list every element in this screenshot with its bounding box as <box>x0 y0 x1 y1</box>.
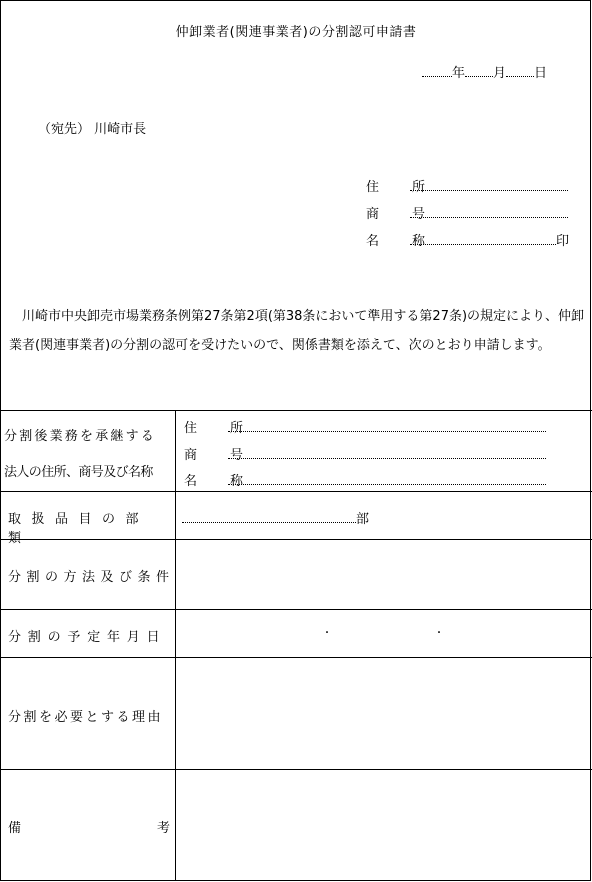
reason-field[interactable] <box>180 663 585 765</box>
row-divider <box>0 609 592 610</box>
applicant-trade-name-label: 商 号 <box>366 203 410 222</box>
day-field[interactable] <box>506 64 534 77</box>
application-body-text: 川崎市中央卸売市場業務条例第27条第2項(第38条において準用する第27条)の規… <box>9 302 585 360</box>
successor-label-line2: 法人の住所、商号及び名称 <box>4 461 172 480</box>
method-conditions-label: 分割の方法及び条件 <box>8 566 176 585</box>
applicant-address-field[interactable] <box>410 178 568 191</box>
row-divider <box>0 769 592 770</box>
successor-name-row: 名 称 <box>184 470 546 489</box>
reason-label: 分割を必要とする理由 <box>8 706 176 725</box>
successor-trade-name-label: 商 号 <box>184 444 228 463</box>
category-suffix: 部 <box>356 512 369 527</box>
applicant-name-field[interactable] <box>410 232 556 245</box>
form-title: 仲卸業者(関連事業者)の分割認可申請書 <box>0 21 592 40</box>
method-conditions-field[interactable] <box>180 545 585 605</box>
applicant-trade-name-row: 商 号 <box>366 203 568 222</box>
item-category-value: 部 <box>182 508 369 527</box>
successor-name-field[interactable] <box>228 472 546 485</box>
date-separator: ・ <box>322 624 332 639</box>
month-field[interactable] <box>465 64 493 77</box>
table-top-line <box>0 410 592 411</box>
row-divider <box>0 491 592 492</box>
year-label: 年 <box>452 66 465 81</box>
row-divider <box>0 657 592 658</box>
year-field[interactable] <box>422 64 452 77</box>
successor-address-label: 住 所 <box>184 417 228 436</box>
applicant-name-row: 名 称印 <box>366 230 569 249</box>
successor-label-line1: 分割後業務を承継する <box>4 425 172 444</box>
remarks-label-left: 備 <box>8 817 21 836</box>
successor-address-field[interactable] <box>228 419 546 432</box>
successor-trade-name-field[interactable] <box>228 446 546 459</box>
column-divider <box>175 410 176 881</box>
item-category-label: 取扱品目の部類 <box>8 508 170 546</box>
month-label: 月 <box>493 66 506 81</box>
day-label: 日 <box>534 66 547 81</box>
scheduled-date-label: 分割の予定年月日 <box>8 626 176 645</box>
item-category-field[interactable] <box>182 510 356 523</box>
remarks-label-right: 考 <box>157 817 170 836</box>
seal-mark: 印 <box>556 234 569 249</box>
successor-trade-name-row: 商 号 <box>184 444 546 463</box>
date-separator: ・ <box>434 624 444 639</box>
remarks-field[interactable] <box>180 775 585 875</box>
successor-name-label: 名 称 <box>184 470 228 489</box>
addressee: （宛先） 川崎市長 <box>38 118 146 137</box>
applicant-address-label: 住 所 <box>366 176 410 195</box>
remarks-label: 備 考 <box>8 817 170 836</box>
applicant-address-row: 住 所 <box>366 176 568 195</box>
successor-address-row: 住 所 <box>184 417 546 436</box>
applicant-trade-name-field[interactable] <box>410 205 568 218</box>
date-line: 年月日 <box>422 62 547 81</box>
applicant-name-label: 名 称 <box>366 230 410 249</box>
